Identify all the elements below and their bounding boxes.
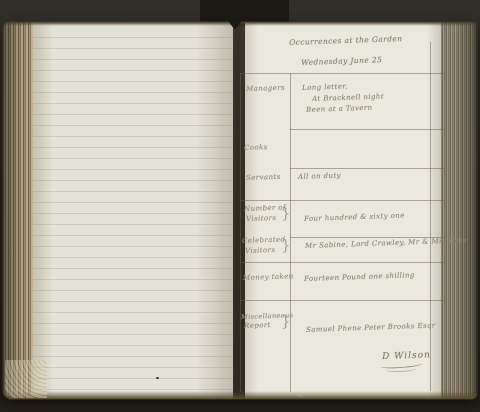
row-label-servants: Servants [246,174,281,182]
bottom-left-page-curl [5,360,47,398]
table-rule-header [240,73,444,74]
row-label-managers: Managers [246,85,285,93]
table-right-margin-line [430,42,431,391]
table-rule-row1 [290,129,444,130]
table-column-divider [290,73,291,392]
row-label-number-of: Number of [244,205,286,213]
photographed-ledger-scan: Occurrences at the Garden Wednesday June… [0,0,480,412]
table-rule-row5 [240,262,444,263]
signature: D Wilson [382,351,431,362]
row-label-cooks: Cooks [244,144,268,152]
book-bottom-edge [3,391,477,399]
table-rule-row2 [290,168,444,169]
ink-spot [156,377,159,379]
right-page-stack-edge [441,22,477,399]
row-label-celebrated-visitors: Visitors [245,247,275,255]
blank-ruled-left-page [33,22,233,399]
row-label-visitors: Visitors [246,215,276,223]
table-rule-row6 [240,300,444,301]
row-brace-visitors: } [281,204,291,222]
table-rule-row3 [240,200,444,201]
entry-servants: All on duty [298,173,341,181]
row-brace-celebrated: } [281,236,291,254]
row-brace-report: } [281,312,291,330]
table-left-margin-line [240,73,241,392]
row-label-report: Report [244,322,271,330]
left-page-stack-edge [3,22,33,399]
gutter-notch-shadow [228,21,242,30]
